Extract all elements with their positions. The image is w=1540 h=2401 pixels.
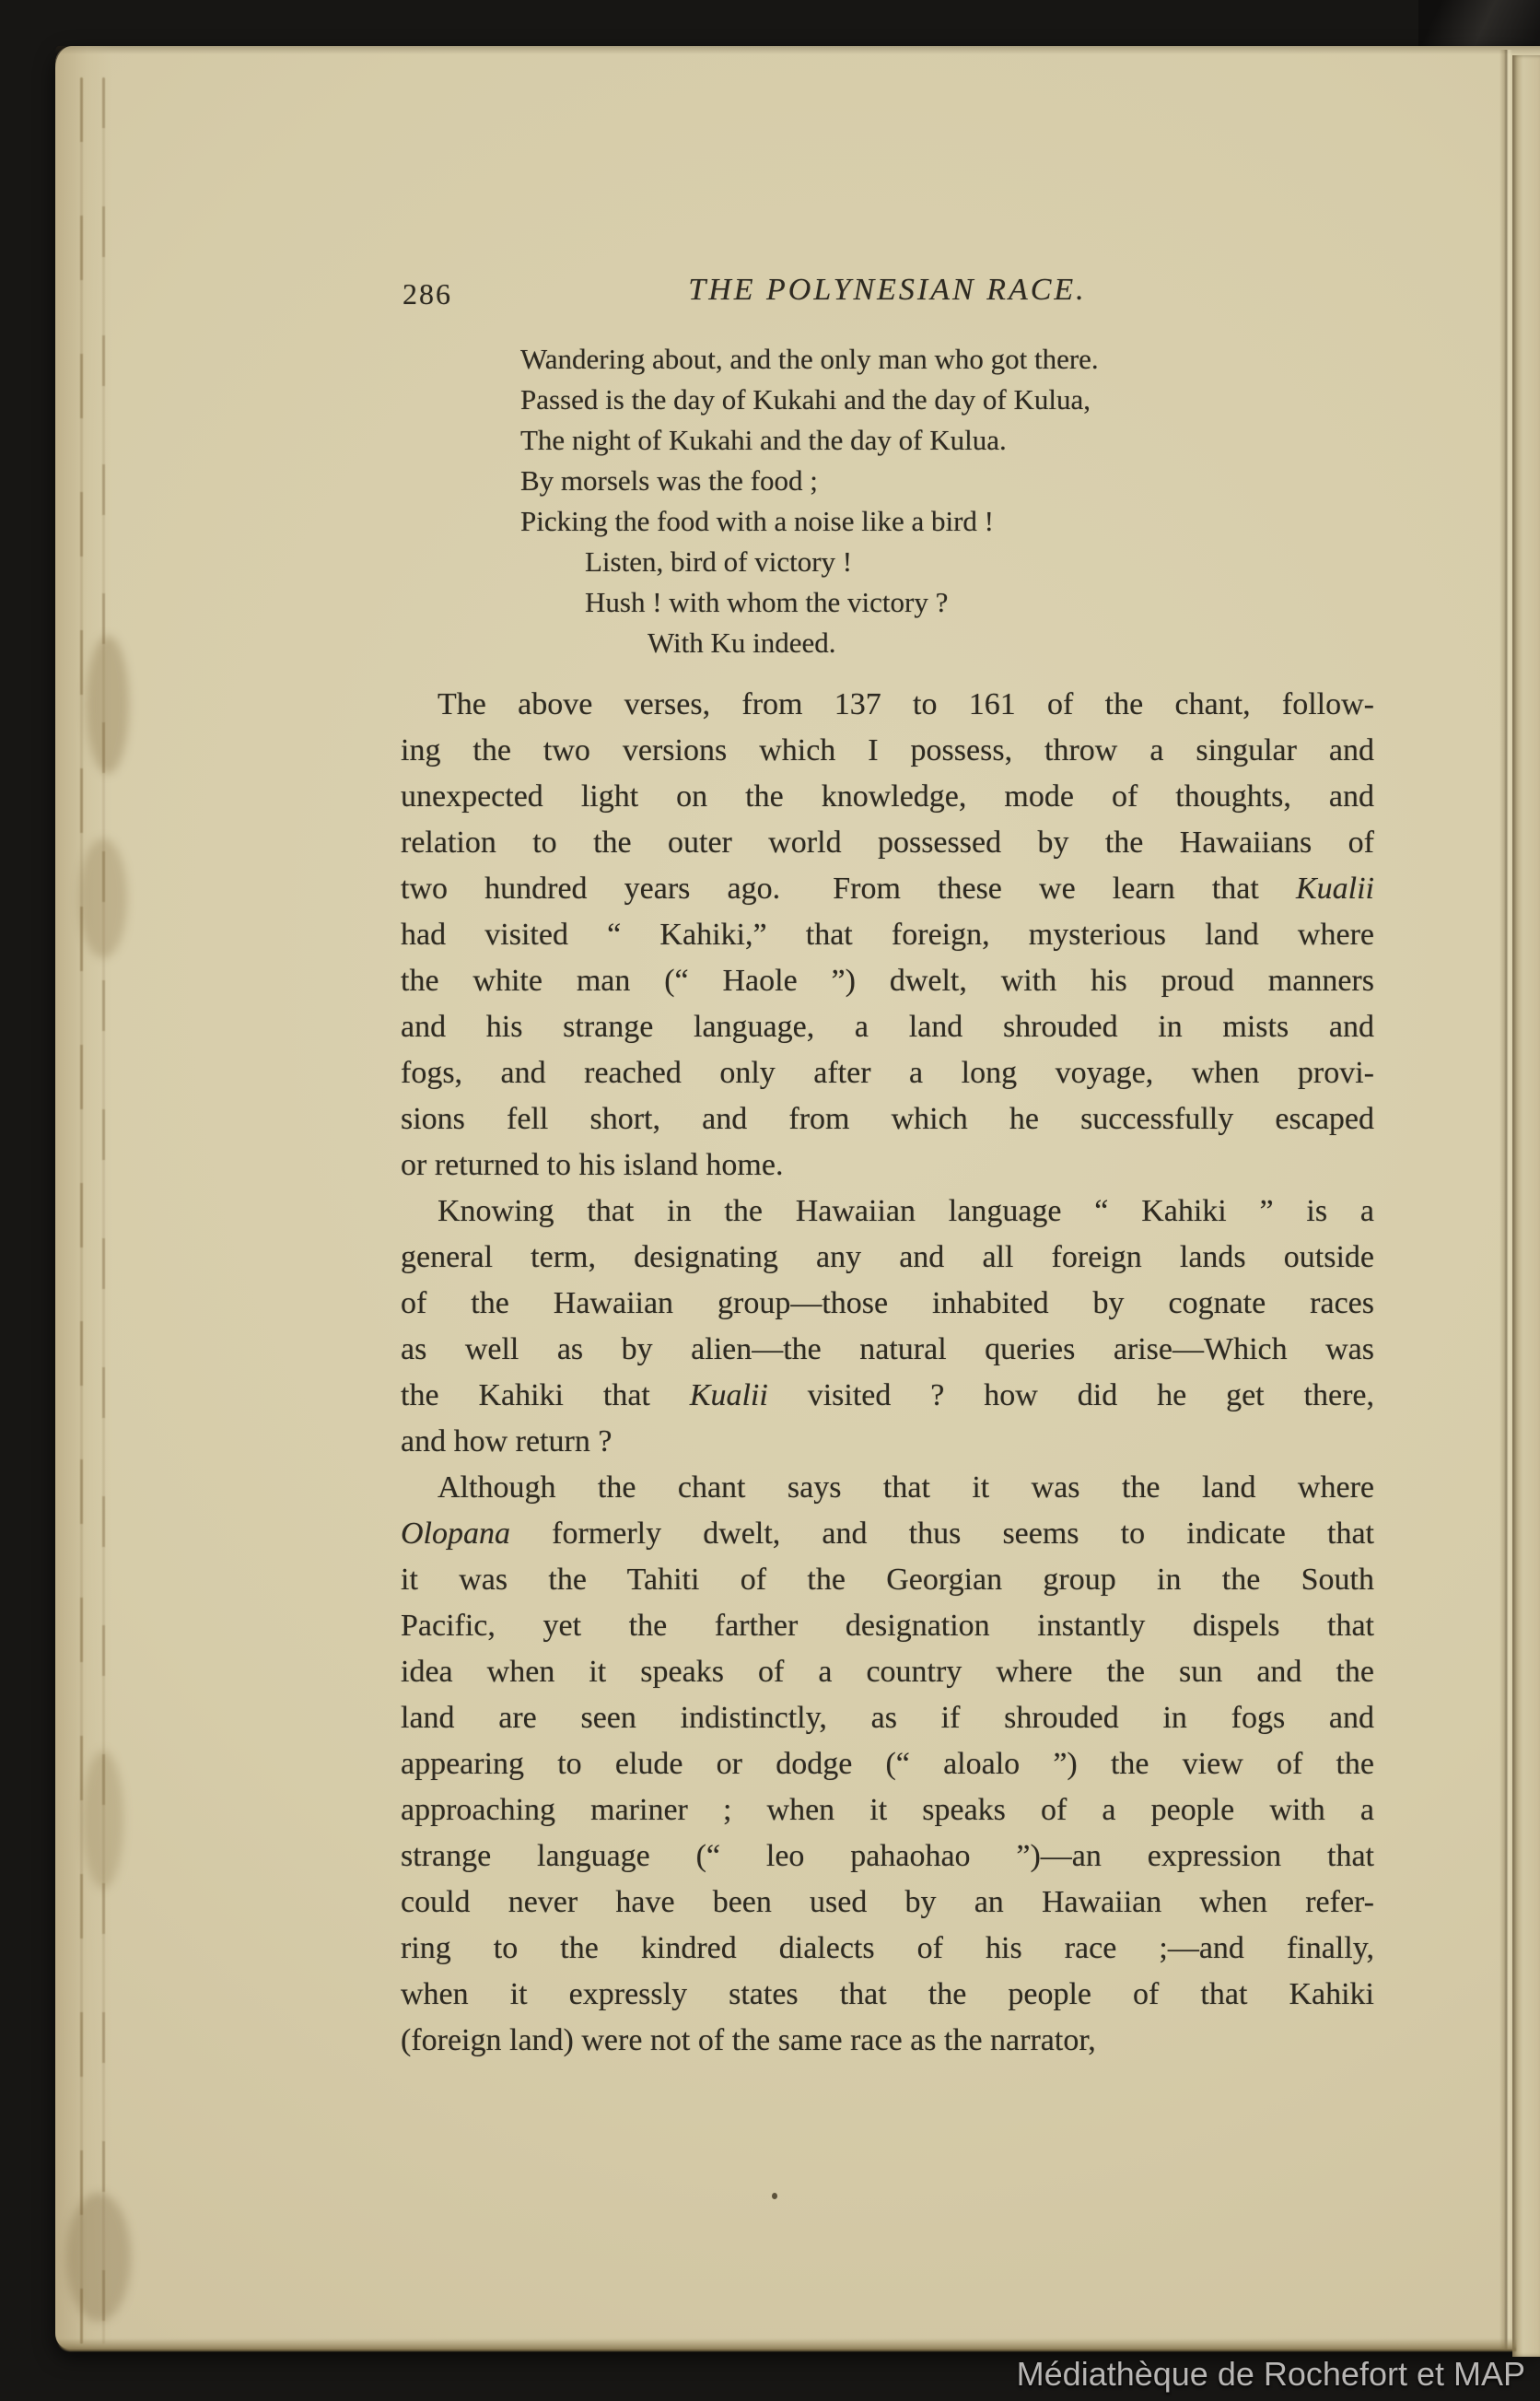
page-header: 286 THE POLYNESIAN RACE. xyxy=(401,273,1374,313)
verse-line: With Ku indeed. xyxy=(401,623,1374,663)
photo-background: 286 THE POLYNESIAN RACE. Wandering about… xyxy=(0,0,1540,2401)
body-text: The above verses, from 137 to 161 of the… xyxy=(401,682,1374,2064)
paragraph: Although the chant says that it was the … xyxy=(401,1465,1374,2064)
printed-line: the white man (“ Haole ”) dwelt, with hi… xyxy=(401,958,1374,1004)
printed-line: and how return ? xyxy=(401,1419,1374,1465)
verse-line: Picking the food with a noise like a bir… xyxy=(401,501,1374,542)
italic-term: Olopana xyxy=(401,1517,510,1551)
page-fold-crease xyxy=(1499,50,1512,2349)
printed-line: ring to the kindred dialects of his race… xyxy=(401,1926,1374,1972)
paper-speck xyxy=(772,2193,777,2199)
italic-term: Kualii xyxy=(690,1378,768,1412)
paper-stain xyxy=(79,838,127,958)
printed-line: Knowing that in the Hawaiian language “ … xyxy=(401,1189,1374,1235)
paper-stain xyxy=(66,2193,131,2322)
paragraph: The above verses, from 137 to 161 of the… xyxy=(401,682,1374,1189)
printed-line: Although the chant says that it was the … xyxy=(401,1465,1374,1511)
printed-line: Pacific, yet the farther designation ins… xyxy=(401,1603,1374,1649)
printed-line: could never have been used by an Hawaiia… xyxy=(401,1880,1374,1926)
printed-line: appearing to elude or dodge (“ aloalo ”)… xyxy=(401,1741,1374,1787)
library-watermark: Médiathèque de Rochefort et MAP xyxy=(1017,2355,1525,2394)
printed-line: when it expressly states that the people… xyxy=(401,1972,1374,2018)
printed-line: strange language (“ leo pahaohao ”)—an e… xyxy=(401,1833,1374,1880)
printed-line: idea when it speaks of a country where t… xyxy=(401,1649,1374,1695)
printed-line: it was the Tahiti of the Georgian group … xyxy=(401,1557,1374,1603)
verse-block: Wandering about, and the only man who go… xyxy=(401,339,1374,663)
printed-line: general term, designating any and all fo… xyxy=(401,1235,1374,1281)
italic-term: Kualii xyxy=(1296,872,1374,906)
printed-line: had visited “ Kahiki,” that foreign, mys… xyxy=(401,912,1374,958)
printed-line: relation to the outer world possessed by… xyxy=(401,820,1374,866)
printed-line: fogs, and reached only after a long voya… xyxy=(401,1050,1374,1096)
verse-line: By morsels was the food ; xyxy=(401,461,1374,501)
verse-line: The night of Kukahi and the day of Kulua… xyxy=(401,420,1374,461)
printed-line: (foreign land) were not of the same race… xyxy=(401,2018,1374,2064)
printed-line: as well as by alien—the natural queries … xyxy=(401,1327,1374,1373)
printed-line: the Kahiki that Kualii visited ? how did… xyxy=(401,1373,1374,1419)
printed-line: sions fell short, and from which he succ… xyxy=(401,1096,1374,1142)
printed-line: two hundred years ago. From these we lea… xyxy=(401,866,1374,912)
verse-line: Passed is the day of Kukahi and the day … xyxy=(401,380,1374,420)
next-page-edge xyxy=(1512,55,1540,2357)
printed-line: and his strange language, a land shroude… xyxy=(401,1004,1374,1050)
paragraph: Knowing that in the Hawaiian language “ … xyxy=(401,1189,1374,1465)
page-bottom-edge xyxy=(57,2338,1516,2351)
verse-line: Listen, bird of victory ! xyxy=(401,542,1374,582)
page-number: 286 xyxy=(402,277,452,311)
printed-line: unexpected light on the knowledge, mode … xyxy=(401,774,1374,820)
book-page: 286 THE POLYNESIAN RACE. Wandering about… xyxy=(55,46,1540,2349)
printed-line: approaching mariner ; when it speaks of … xyxy=(401,1787,1374,1833)
running-title: THE POLYNESIAN RACE. xyxy=(401,273,1374,308)
printed-line: The above verses, from 137 to 161 of the… xyxy=(401,682,1374,728)
printed-line: of the Hawaiian group—those inhabited by… xyxy=(401,1281,1374,1327)
under-page-edge-line xyxy=(102,77,105,2344)
printed-line: land are seen indistinctly, as if shroud… xyxy=(401,1695,1374,1741)
printed-line: Olopana formerly dwelt, and thus seems t… xyxy=(401,1511,1374,1557)
paper-stain xyxy=(83,1751,123,1889)
under-page-edge-line xyxy=(80,77,83,2344)
verse-line: Wandering about, and the only man who go… xyxy=(401,339,1374,380)
printed-line: ing the two versions which I possess, th… xyxy=(401,728,1374,774)
printed-line: or returned to his island home. xyxy=(401,1142,1374,1189)
verse-line: Hush ! with whom the victory ? xyxy=(401,582,1374,623)
paper-stain xyxy=(87,636,129,774)
